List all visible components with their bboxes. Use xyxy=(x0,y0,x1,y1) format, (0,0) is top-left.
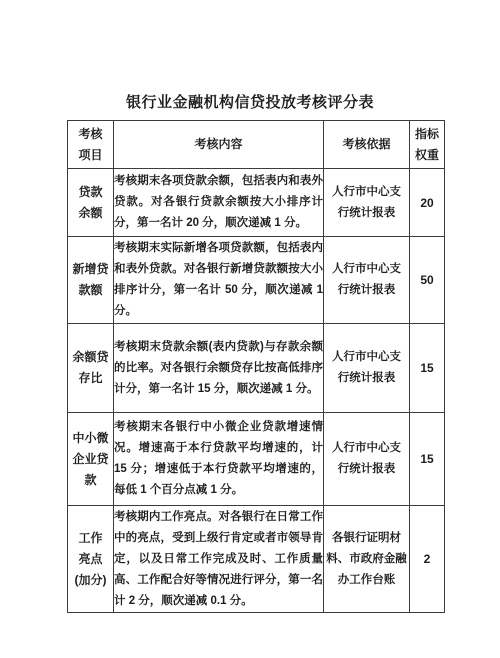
table-row: 工作 亮点 (加分) 考核期内工作亮点。对各银行在日常工作中的亮点，受到上级行肯… xyxy=(68,506,445,613)
item-cell: 贷款 余额 xyxy=(68,169,114,237)
header-cell-basis: 考核依据 xyxy=(324,121,410,169)
weight-cell: 2 xyxy=(410,506,445,613)
header-cell-weight: 指标 权重 xyxy=(410,121,445,169)
weight-cell: 15 xyxy=(410,324,445,413)
table-header-row: 考核 项目 考核内容 考核依据 指标 权重 xyxy=(68,121,445,169)
item-cell: 中小微 企业贷 款 xyxy=(68,413,114,506)
document-page: 银行业金融机构信贷投放考核评分表 考核 项目 考核内容 考核依据 指标 权重 贷… xyxy=(0,0,500,658)
scoring-table: 考核 项目 考核内容 考核依据 指标 权重 贷款 余额 考核期末各项贷款余额，包… xyxy=(67,120,445,613)
weight-cell: 20 xyxy=(410,169,445,237)
page-title: 银行业金融机构信贷投放考核评分表 xyxy=(0,91,500,112)
table-row: 贷款 余额 考核期末各项贷款余额，包括表内和表外贷款。对各银行贷款余额按大小排序… xyxy=(68,169,445,237)
item-cell: 工作 亮点 (加分) xyxy=(68,506,114,613)
basis-cell: 各银行证明材 料、市政府金融 办工作台账 xyxy=(324,506,410,613)
header-cell-item: 考核 项目 xyxy=(68,121,114,169)
table-row: 中小微 企业贷 款 考核期末各银行中小微企业贷款增速情况。增速高于本行贷款平均增… xyxy=(68,413,445,506)
content-cell: 考核期末各银行中小微企业贷款增速情况。增速高于本行贷款平均增速的，计 15 分；… xyxy=(114,413,324,506)
basis-cell: 人行市中心支 行统计报表 xyxy=(324,413,410,506)
header-cell-content: 考核内容 xyxy=(114,121,324,169)
weight-cell: 15 xyxy=(410,413,445,506)
item-cell: 余额贷 存比 xyxy=(68,324,114,413)
basis-cell: 人行市中心支 行统计报表 xyxy=(324,237,410,324)
table-row: 新增贷 款额 考核期末实际新增各项贷款额，包括表内和表外贷款。对各银行新增贷款额… xyxy=(68,237,445,324)
table-row: 余额贷 存比 考核期末贷款余额(表内贷款)与存款余额的比率。对各银行余额贷存比按… xyxy=(68,324,445,413)
content-cell: 考核期内工作亮点。对各银行在日常工作中的亮点，受到上级行肯定或者市领导肯定，以及… xyxy=(114,506,324,613)
content-cell: 考核期末各项贷款余额，包括表内和表外贷款。对各银行贷款余额按大小排序计分，第一名… xyxy=(114,169,324,237)
weight-cell: 50 xyxy=(410,237,445,324)
content-cell: 考核期末贷款余额(表内贷款)与存款余额的比率。对各银行余额贷存比按高低排序计分，… xyxy=(114,324,324,413)
content-cell: 考核期末实际新增各项贷款额，包括表内和表外贷款。对各银行新增贷款额按大小排序计分… xyxy=(114,237,324,324)
item-cell: 新增贷 款额 xyxy=(68,237,114,324)
basis-cell: 人行市中心支 行统计报表 xyxy=(324,169,410,237)
basis-cell: 人行市中心支 行统计报表 xyxy=(324,324,410,413)
